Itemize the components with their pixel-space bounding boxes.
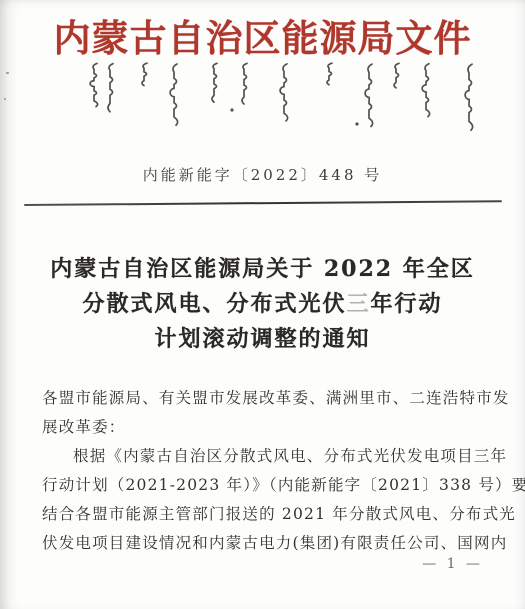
title-line-3: 计划滚动调整的通知 (0, 322, 525, 357)
letterhead-divider (24, 200, 502, 206)
letterhead-title: 内蒙古自治区能源局文件 (0, 8, 525, 62)
paragraph-line-4: 伏发电项目建设情况和内蒙古电力(集团)有限责任公司、国网内 (42, 529, 494, 558)
title-line-1: 内蒙古自治区能源局关于 2022 年全区 (0, 252, 525, 287)
salutation-line-1: 各盟市能源局、有关盟市发展改革委、满洲里市、二连浩特市发 (42, 384, 494, 413)
body-text: 各盟市能源局、有关盟市发展改革委、满洲里市、二连浩特市发 展改革委： 根据《内蒙… (42, 384, 494, 558)
salutation-line-2: 展改革委： (42, 413, 494, 442)
scan-artifact (6, 72, 9, 74)
paragraph-line-2: 行动计划（2021-2023 年）》（内能新能字〔2021〕338 号）要求， (42, 471, 494, 500)
scan-artifact (4, 98, 6, 100)
mongolian-script-icon (60, 58, 500, 138)
document-title: 内蒙古自治区能源局关于 2022 年全区 分散式风电、分布式光伏三年行动 计划滚… (0, 252, 525, 357)
paragraph-line-3: 结合各盟市能源主管部门报送的 2021 年分散式风电、分布式光 (42, 500, 494, 529)
document-number: 内能新能字〔2022〕448 号 (0, 164, 525, 185)
paragraph-line-1: 根据《内蒙古自治区分散式风电、分布式光伏发电项目三年 (42, 442, 494, 471)
document-page: 内蒙古自治区能源局文件 内能新能字〔2022〕448 号 (0, 0, 525, 609)
faded-character: 三 (346, 291, 370, 317)
page-number: — 1 — (422, 556, 483, 572)
title-line-2: 分散式风电、分布式光伏三年行动 (0, 287, 525, 322)
